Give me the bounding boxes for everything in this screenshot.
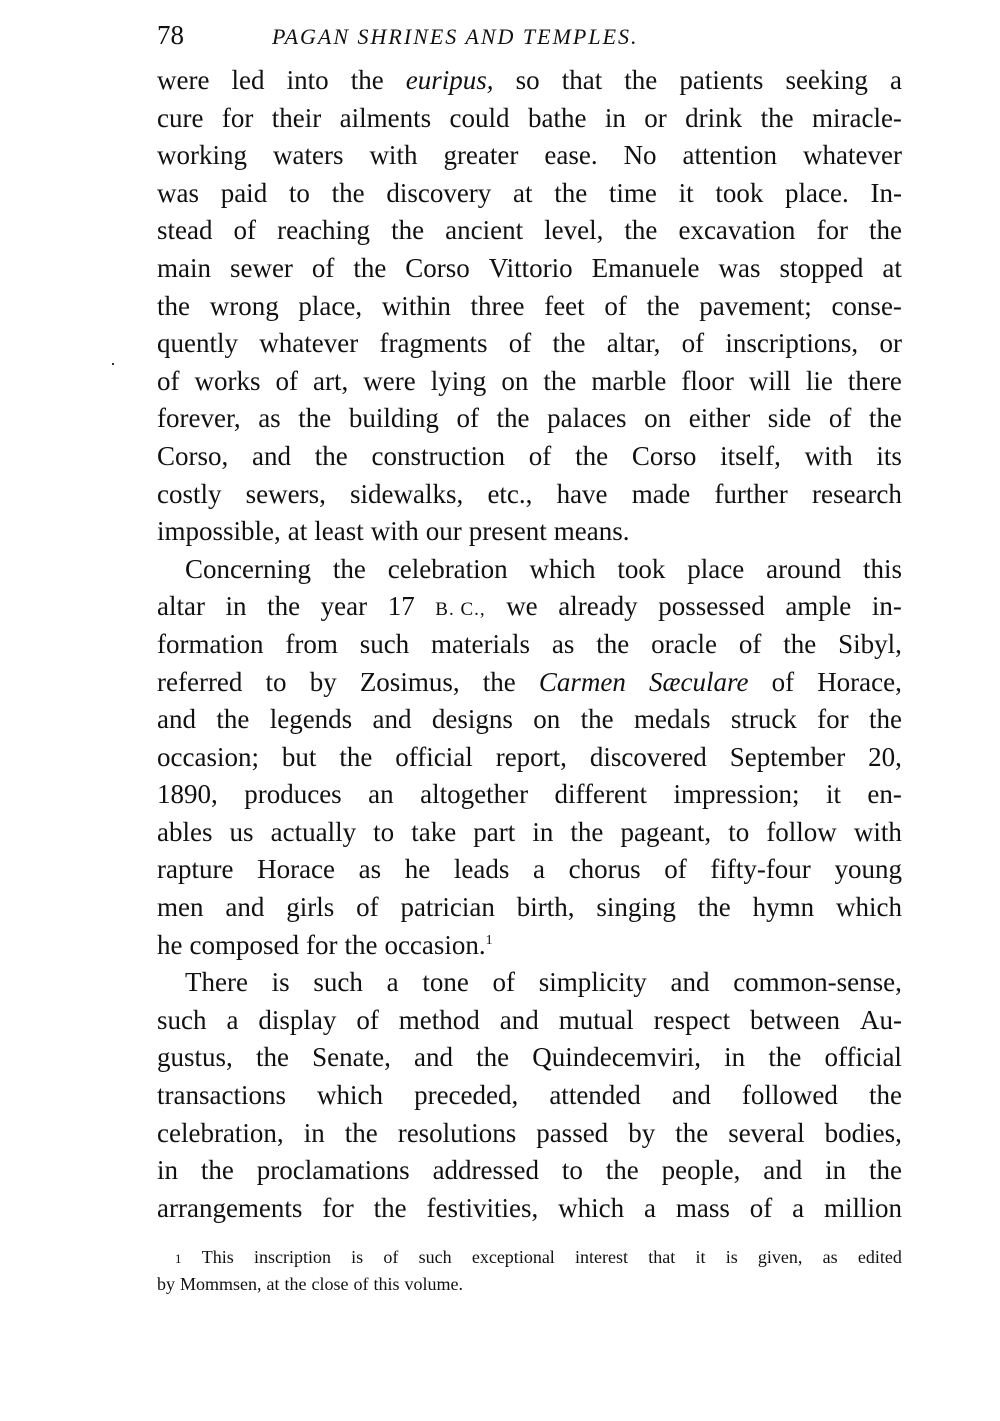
word: close	[312, 1271, 349, 1298]
word: discovery	[386, 175, 491, 213]
text-line: curefortheirailmentscouldbatheinordrinkt…	[157, 100, 902, 138]
word: attention	[683, 137, 777, 175]
word: at	[288, 513, 308, 551]
word: is	[351, 1244, 363, 1271]
word: whatever	[803, 137, 902, 175]
word: bodies,	[825, 1115, 902, 1153]
word: Corso	[405, 250, 470, 288]
text-line: steadofreachingtheancientlevel,theexcava…	[157, 212, 902, 250]
word: within	[382, 288, 451, 326]
word: ease.	[544, 137, 597, 175]
text-line: ablesusactuallytotakepartinthepageant,to…	[157, 814, 902, 852]
word: Quindecemviri,	[532, 1039, 701, 1077]
word: seeking	[785, 62, 867, 100]
word: the	[344, 927, 377, 965]
word: which	[558, 1190, 624, 1228]
word: led	[232, 62, 265, 100]
word: report,	[496, 739, 567, 777]
word: a	[533, 851, 545, 889]
word: for	[816, 212, 847, 250]
word: main	[157, 250, 211, 288]
word: a	[890, 62, 902, 100]
word: with	[369, 137, 417, 175]
word: by	[310, 664, 337, 702]
word: into	[287, 62, 329, 100]
word: medals	[634, 701, 710, 739]
text-line: Thereissuchatoneofsimplicityandcommon-se…	[157, 964, 902, 1002]
word: for	[322, 1190, 353, 1228]
word: people,	[662, 1152, 741, 1190]
word: with	[854, 814, 902, 852]
word: the	[285, 1271, 307, 1298]
word: least	[314, 513, 363, 551]
word: official	[395, 739, 472, 777]
word: in	[532, 814, 553, 852]
word: en-	[867, 776, 901, 814]
word: it	[826, 776, 841, 814]
word: lying	[431, 363, 487, 401]
word: of	[739, 626, 762, 664]
word: the	[476, 1039, 509, 1077]
word: itself,	[720, 438, 781, 476]
word: with	[805, 438, 853, 476]
word: drink	[685, 100, 742, 138]
word: bathe	[528, 100, 586, 138]
word: possessed	[658, 588, 765, 626]
word: as	[823, 1244, 838, 1271]
word: whatever	[259, 325, 358, 363]
word: of	[157, 363, 180, 401]
word: ample	[785, 588, 851, 626]
word: girls	[286, 889, 334, 927]
word: the	[869, 1152, 902, 1190]
word: building	[349, 400, 439, 438]
word: tone	[422, 964, 469, 1002]
text-line: menandgirlsofpatricianbirth,singingthehy…	[157, 889, 902, 927]
word: chorus	[569, 851, 641, 889]
word: time	[609, 175, 657, 213]
word: singing	[596, 889, 676, 927]
word: the	[698, 889, 731, 927]
word: addressed	[433, 1152, 539, 1190]
word: such	[157, 1002, 207, 1040]
word: for	[306, 927, 337, 965]
word: this	[863, 551, 902, 589]
word: palaces	[547, 400, 626, 438]
word: on	[501, 363, 528, 401]
word: the	[216, 701, 249, 739]
word: and	[672, 1077, 711, 1115]
word: Concerning	[185, 551, 311, 589]
word: Horace,	[817, 664, 902, 702]
word: the	[333, 551, 366, 589]
word: arrangements	[157, 1190, 302, 1228]
word: impossible,	[157, 513, 281, 551]
word: the	[624, 212, 657, 250]
word: impression;	[673, 776, 799, 814]
word: inscription	[254, 1244, 331, 1271]
word: as	[359, 851, 382, 889]
word: respect	[654, 1002, 730, 1040]
word: of	[356, 1002, 379, 1040]
word: works	[195, 363, 261, 401]
word: means.	[554, 513, 630, 551]
word: which	[317, 1077, 383, 1115]
word: mutual	[559, 1002, 634, 1040]
word: it	[695, 1244, 705, 1271]
word: waters	[273, 137, 343, 175]
word: the	[351, 62, 384, 100]
word: of	[682, 325, 705, 363]
word: forever,	[157, 400, 241, 438]
word: costly	[157, 476, 222, 514]
word: year	[321, 588, 367, 626]
word: pageant,	[620, 814, 711, 852]
word: and	[225, 889, 264, 927]
margin-mark	[112, 363, 114, 365]
word: excavation	[678, 212, 795, 250]
word: place.	[785, 175, 849, 213]
word: reaching	[277, 212, 370, 250]
word: on	[533, 701, 560, 739]
word: patients	[679, 62, 763, 100]
text-line: ofworksofart,werelyingonthemarblefloorwi…	[157, 363, 902, 401]
word: at	[513, 175, 533, 213]
word: the	[256, 1039, 289, 1077]
word: of	[276, 363, 299, 401]
word: art,	[313, 363, 348, 401]
word: by	[628, 1115, 655, 1153]
word: either	[689, 400, 750, 438]
word: between	[750, 1002, 840, 1040]
word: resolutions	[398, 1115, 517, 1153]
word: to	[562, 1152, 583, 1190]
word: the	[552, 325, 585, 363]
footnote: 1Thisinscriptionisofsuchexceptionalinter…	[157, 1244, 902, 1298]
word: and	[252, 438, 291, 476]
word: formation	[157, 626, 263, 664]
word: there	[848, 363, 902, 401]
word: the	[624, 62, 657, 100]
word: its	[876, 438, 902, 476]
word: level,	[544, 212, 603, 250]
word: ailments	[340, 100, 431, 138]
text-line: celebration,intheresolutionspassedbythes…	[157, 1115, 902, 1153]
word: the	[267, 588, 300, 626]
word: for	[222, 100, 253, 138]
word: designs	[432, 701, 513, 739]
italic-word: Sæculare	[649, 664, 748, 702]
text-line: transactionswhichpreceded,attendedandfol…	[157, 1077, 902, 1115]
word: referred	[157, 664, 242, 702]
word: us	[230, 814, 254, 852]
word: to	[728, 814, 749, 852]
word: volume.	[405, 1271, 464, 1298]
word: of	[829, 400, 852, 438]
word: attended	[549, 1077, 640, 1115]
word: construction	[372, 438, 505, 476]
word: the	[374, 1190, 407, 1228]
text-line: impossible,atleastwithourpresentmeans.	[157, 513, 902, 551]
word: million	[824, 1190, 902, 1228]
word: quently	[157, 325, 238, 363]
word: exceptional	[472, 1244, 555, 1271]
word: three	[471, 288, 525, 326]
footnotes: 1Thisinscriptionisofsuchexceptionalinter…	[157, 1244, 902, 1298]
word: and	[373, 701, 412, 739]
word: and	[763, 1152, 802, 1190]
footnote-line: byMommsen,atthecloseofthisvolume.	[157, 1271, 902, 1298]
word: given,	[758, 1244, 803, 1271]
text-line: suchadisplayofmethodandmutualrespectbetw…	[157, 1002, 902, 1040]
word: of	[354, 1271, 369, 1298]
word: several	[728, 1115, 804, 1153]
word: the	[339, 739, 372, 777]
text-line: quentlywhateverfragmentsofthealtar,ofins…	[157, 325, 902, 363]
text-line: arrangementsforthefestivities,whichamass…	[157, 1190, 902, 1228]
word: the	[647, 288, 680, 326]
word: sidewalks,	[350, 476, 463, 514]
word: composed	[189, 927, 298, 965]
word: of	[604, 288, 627, 326]
word: cure	[157, 100, 203, 138]
word: the	[201, 1152, 234, 1190]
word: part	[473, 814, 515, 852]
word: of	[529, 438, 552, 476]
word: the	[675, 1115, 708, 1153]
word: inscriptions,	[725, 325, 858, 363]
word: the	[483, 664, 516, 702]
word: materials	[431, 626, 530, 664]
word: followed	[742, 1077, 838, 1115]
word: of	[312, 250, 335, 288]
word: of	[456, 400, 479, 438]
word: with	[371, 513, 419, 551]
word: in-	[872, 588, 902, 626]
word: he	[405, 851, 430, 889]
word: of	[750, 1190, 773, 1228]
word: our	[426, 513, 462, 551]
word: pavement;	[699, 288, 811, 326]
word: preceded,	[414, 1077, 518, 1115]
word: or	[879, 325, 902, 363]
word: common-sense,	[733, 964, 902, 1002]
footnote-line: 1Thisinscriptionisofsuchexceptionalinter…	[157, 1244, 902, 1271]
word: the	[345, 1115, 378, 1153]
word: the	[570, 814, 603, 852]
word: the	[783, 626, 816, 664]
word: a	[387, 964, 399, 1002]
word: but	[282, 739, 317, 777]
word: a	[792, 1190, 804, 1228]
word: Zosimus,	[360, 664, 460, 702]
word: that	[648, 1244, 675, 1271]
word: or	[644, 100, 667, 138]
word: edited	[858, 1244, 902, 1271]
word: birth,	[517, 889, 575, 927]
word: such	[313, 964, 363, 1002]
word: an	[368, 776, 393, 814]
word: of	[493, 964, 516, 1002]
word: Au-	[860, 1002, 902, 1040]
word: In-	[870, 175, 901, 213]
word: sewer	[230, 250, 293, 288]
word: This	[202, 1244, 234, 1271]
word: in	[226, 588, 247, 626]
word: produces	[244, 776, 341, 814]
word: No	[624, 137, 657, 175]
word: the	[869, 701, 902, 739]
text-line: referredtobyZosimus,theCarmenSæculareofH…	[157, 664, 902, 702]
word: further	[714, 476, 787, 514]
word: such	[360, 626, 410, 664]
word: fragments	[379, 325, 487, 363]
word: the	[157, 288, 190, 326]
word: at	[267, 1271, 280, 1298]
word: display	[258, 1002, 336, 1040]
word: the	[581, 701, 614, 739]
word: made	[632, 476, 690, 514]
word: legends	[270, 701, 352, 739]
word: actually	[271, 814, 356, 852]
word: take	[411, 814, 456, 852]
text-line: occasion;buttheofficialreport,discovered…	[157, 739, 902, 777]
paragraph: Thereissuchatoneofsimplicityandcommon-se…	[157, 964, 902, 1227]
word: method	[399, 1002, 480, 1040]
running-title: PAGAN SHRINES AND TEMPLES.	[272, 20, 639, 54]
word: altogether	[420, 776, 528, 814]
word: we	[506, 588, 537, 626]
word: ancient	[445, 212, 523, 250]
word: on	[644, 400, 671, 438]
word: Sibyl,	[838, 626, 902, 664]
word: and	[414, 1039, 453, 1077]
word: he	[157, 927, 182, 965]
word: the	[353, 250, 386, 288]
word: greater	[443, 137, 518, 175]
word: the	[391, 212, 424, 250]
italic-word: euripus,	[406, 62, 494, 100]
word: working	[157, 137, 247, 175]
word: at	[882, 250, 902, 288]
word: etc.,	[487, 476, 532, 514]
text-line: Concerningthecelebrationwhichtookplacear…	[157, 551, 902, 589]
word: and	[500, 1002, 539, 1040]
word: of	[509, 325, 532, 363]
word: simplicity	[539, 964, 647, 1002]
word: so	[516, 62, 540, 100]
word: have	[557, 476, 608, 514]
word: which	[836, 889, 902, 927]
word: is	[726, 1244, 738, 1271]
paragraph: wereledintotheeuripus,sothatthepatientss…	[157, 62, 902, 551]
word: of	[772, 664, 795, 702]
word: a	[644, 1190, 656, 1228]
word: side	[768, 400, 812, 438]
word: already	[558, 588, 637, 626]
word: was	[157, 175, 199, 213]
word: were	[363, 363, 415, 401]
word: official	[824, 1039, 901, 1077]
word: Mommsen,	[180, 1271, 262, 1298]
text-line: workingwaterswithgreaterease.Noattention…	[157, 137, 902, 175]
word: could	[450, 100, 510, 138]
word: fifty-four	[710, 851, 810, 889]
word: floor	[681, 363, 733, 401]
text-line: Corso,andtheconstructionoftheCorsoitself…	[157, 438, 902, 476]
word: of	[356, 889, 379, 927]
word: were	[157, 62, 209, 100]
word: place	[687, 551, 744, 589]
word: festivities,	[427, 1190, 539, 1228]
text-line: altarintheyear17B. C.,wealreadypossessed…	[157, 588, 902, 626]
word: will	[749, 363, 791, 401]
text-line: intheproclamationsaddressedtothepeople,a…	[157, 1152, 902, 1190]
word: is	[272, 964, 290, 1002]
paragraph: Concerningthecelebrationwhichtookplacear…	[157, 551, 902, 965]
word: marble	[591, 363, 666, 401]
word: the	[869, 1077, 902, 1115]
word: miracle-	[812, 100, 902, 138]
word: the	[606, 1152, 639, 1190]
word: Senate,	[312, 1039, 391, 1077]
word: the	[869, 212, 902, 250]
word: Corso,	[157, 438, 228, 476]
word: mass	[676, 1190, 730, 1228]
word: from	[285, 626, 337, 664]
word: oracle	[651, 626, 717, 664]
footnote-reference[interactable]: 1	[486, 933, 493, 948]
word: gustus,	[157, 1039, 233, 1077]
word: for	[817, 701, 848, 739]
word: place,	[298, 288, 362, 326]
text-line: 1890,producesanaltogetherdifferentimpres…	[157, 776, 902, 814]
word: stead	[157, 212, 212, 250]
word: interest	[575, 1244, 628, 1271]
word: the	[596, 626, 629, 664]
word: follow	[766, 814, 837, 852]
word: this	[374, 1271, 400, 1298]
word: such	[419, 1244, 452, 1271]
word: 17	[388, 588, 415, 626]
word: Emanuele	[592, 250, 700, 288]
small-caps-word: B. C.,	[435, 591, 485, 629]
word: to	[373, 814, 394, 852]
word: the	[575, 438, 608, 476]
text-line: andthelegendsanddesignsonthemedalsstruck…	[157, 701, 902, 739]
word: celebration,	[157, 1115, 284, 1153]
word: the	[761, 100, 794, 138]
word: in	[724, 1039, 745, 1077]
word: conse-	[831, 288, 901, 326]
word: to	[289, 175, 310, 213]
italic-word: Carmen	[539, 664, 626, 702]
word: the	[869, 400, 902, 438]
text-line: gustus,theSenate,andtheQuindecemviri,int…	[157, 1039, 902, 1077]
word: as	[258, 400, 281, 438]
word: was	[718, 250, 760, 288]
text-line: raptureHoraceasheleadsachorusoffifty-fou…	[157, 851, 902, 889]
word: around	[766, 551, 841, 589]
word: of	[664, 851, 687, 889]
word: young	[834, 851, 902, 889]
word: by	[157, 1271, 175, 1298]
word: the	[554, 175, 587, 213]
word: their	[272, 100, 321, 138]
word: discovered	[590, 739, 707, 777]
word: of	[383, 1244, 398, 1271]
word: stopped	[779, 250, 863, 288]
